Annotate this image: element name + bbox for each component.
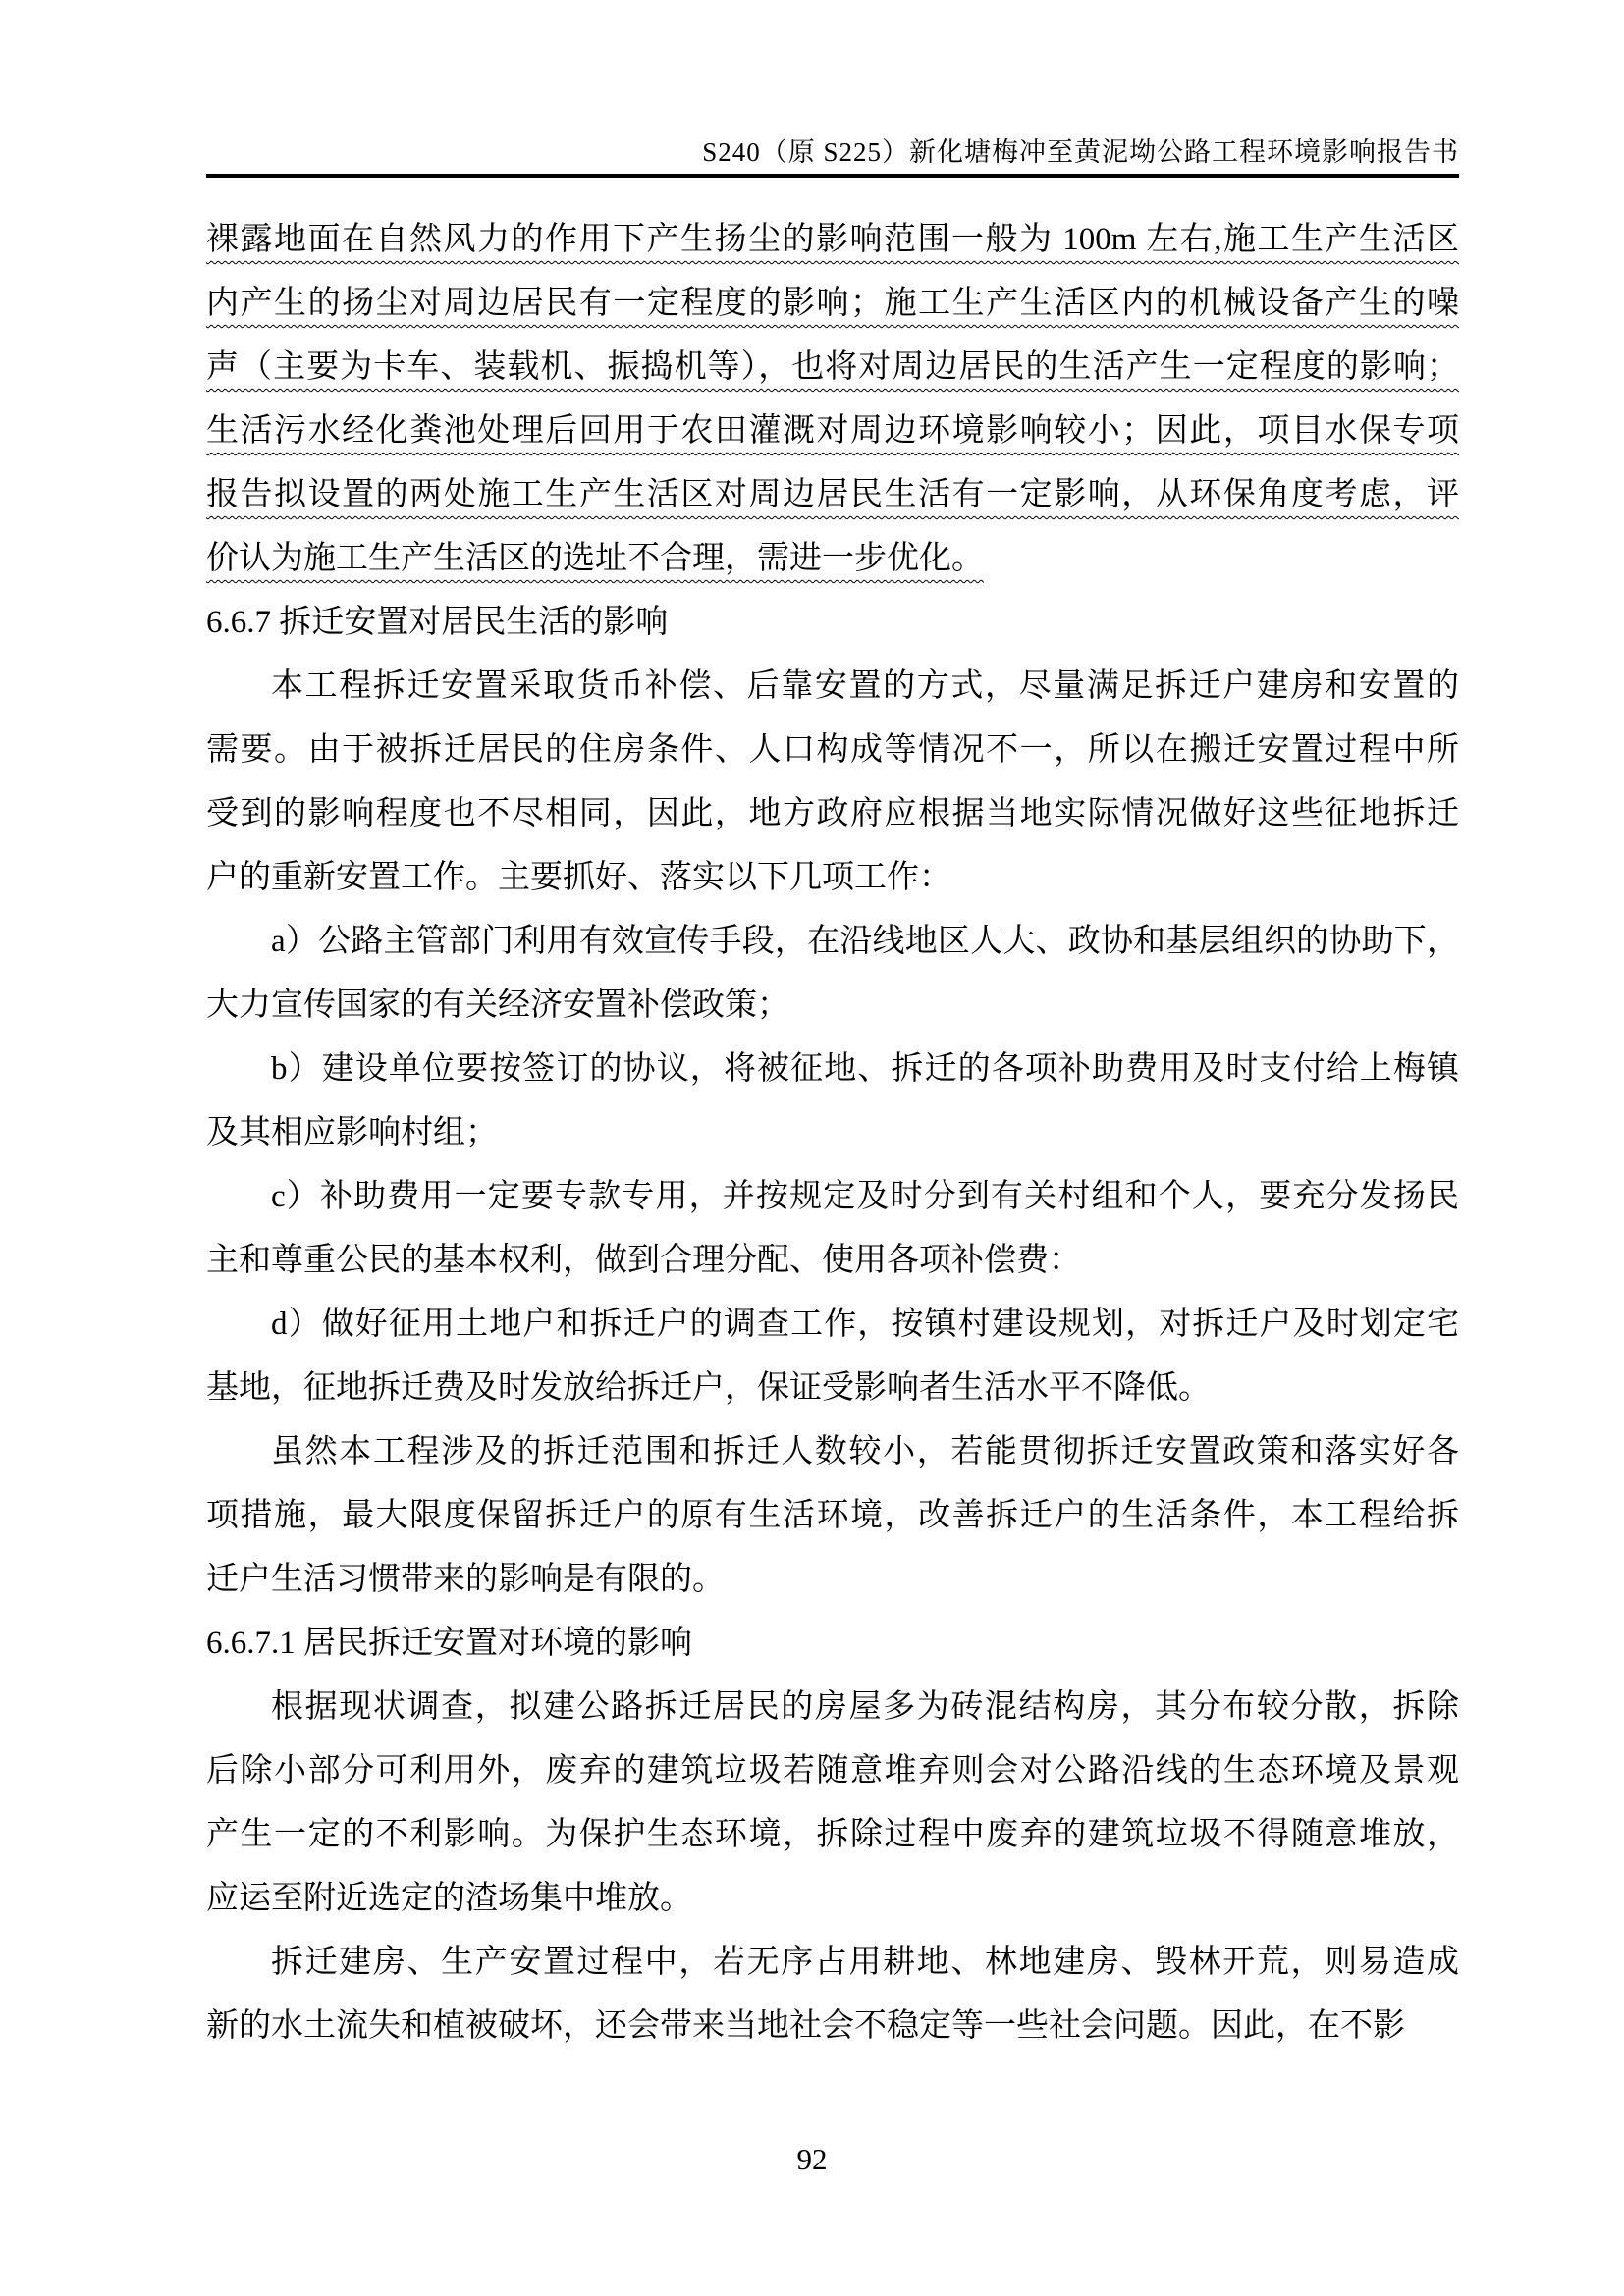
text-line: 根据现状调查，拟建公路拆迁居民的房屋多为砖混结构房，其分布较分散，拆除	[206, 1676, 1459, 1739]
text-line: 本工程拆迁安置采取货币补偿、后靠安置的方式，尽量满足拆迁户建房和安置的	[206, 655, 1459, 719]
text-line: 户的重新安置工作。主要抓好、落实以下几项工作：	[206, 846, 1459, 910]
page-footer: 92	[0, 2142, 1624, 2177]
text-line: 项措施，最大限度保留拆迁户的原有生活环境，改善拆迁户的生活条件，本工程给拆	[206, 1484, 1459, 1548]
text-line: 产生一定的不利影响。为保护生态环境，拆除过程中废弃的建筑垃圾不得随意堆放，	[206, 1803, 1459, 1867]
text-line: c）补助费用一定要专款专用，并按规定及时分到有关村组和个人，要充分发扬民	[206, 1165, 1459, 1229]
text-line: 价认为施工生产生活区的选址不合理，需进一步优化。	[206, 527, 1459, 591]
section-heading: 6.6.7.1 居民拆迁安置对环境的影响	[206, 1612, 1459, 1676]
document-body: 裸露地面在自然风力的作用下产生扬尘的影响范围一般为 100m 左右,施工生产生活…	[206, 208, 1459, 2058]
section-heading: 6.6.7 拆迁安置对居民生活的影响	[206, 591, 1459, 655]
text-line: d）做好征用土地户和拆迁户的调查工作，按镇村建设规划，对拆迁户及时划定宅	[206, 1293, 1459, 1357]
text-line: a）公路主管部门利用有效宣传手段，在沿线地区人大、政协和基层组织的协助下，	[206, 910, 1459, 974]
text-line: 新的水土流失和植被破坏，还会带来当地社会不稳定等一些社会问题。因此，在不影	[206, 1995, 1459, 2058]
text-line: 受到的影响程度也不尽相同，因此，地方政府应根据当地实际情况做好这些征地拆迁	[206, 782, 1459, 846]
page-number: 92	[797, 2142, 828, 2176]
page-header: S240（原 S225）新化塘梅冲至黄泥坳公路工程环境影响报告书	[206, 135, 1459, 178]
text-line: 基地，征地拆迁费及时发放给拆迁户，保证受影响者生活水平不降低。	[206, 1357, 1459, 1420]
text-line: 主和尊重公民的基本权利，做到合理分配、使用各项补偿费：	[206, 1229, 1459, 1293]
text-line: 虽然本工程涉及的拆迁范围和拆迁人数较小，若能贯彻拆迁安置政策和落实好各	[206, 1420, 1459, 1484]
text-line: 及其相应影响村组；	[206, 1101, 1459, 1165]
document-page: S240（原 S225）新化塘梅冲至黄泥坳公路工程环境影响报告书 裸露地面在自然…	[0, 0, 1624, 2296]
text-line: 大力宣传国家的有关经济安置补偿政策；	[206, 974, 1459, 1038]
text-line: b）建设单位要按签订的协议，将被征地、拆迁的各项补助费用及时支付给上梅镇	[206, 1038, 1459, 1101]
text-line: 后除小部分可利用外，废弃的建筑垃圾若随意堆弃则会对公路沿线的生态环境及景观	[206, 1739, 1459, 1803]
text-line: 需要。由于被拆迁居民的住房条件、人口构成等情况不一，所以在搬迁安置过程中所	[206, 719, 1459, 782]
text-line: 裸露地面在自然风力的作用下产生扬尘的影响范围一般为 100m 左右,施工生产生活…	[206, 208, 1459, 272]
text-line: 声（主要为卡车、装载机、振捣机等），也将对周边居民的生活产生一定程度的影响；	[206, 336, 1459, 400]
text-line: 迁户生活习惯带来的影响是有限的。	[206, 1548, 1459, 1612]
text-line: 应运至附近选定的渣场集中堆放。	[206, 1867, 1459, 1931]
text-line: 内产生的扬尘对周边居民有一定程度的影响；施工生产生活区内的机械设备产生的噪	[206, 272, 1459, 336]
text-line: 报告拟设置的两处施工生产生活区对周边居民生活有一定影响，从环保角度考虑，评	[206, 463, 1459, 527]
header-title: S240（原 S225）新化塘梅冲至黄泥坳公路工程环境影响报告书	[702, 137, 1459, 167]
text-line: 生活污水经化粪池处理后回用于农田灌溉对周边环境影响较小；因此，项目水保专项	[206, 400, 1459, 463]
text-line: 拆迁建房、生产安置过程中，若无序占用耕地、林地建房、毁林开荒，则易造成	[206, 1931, 1459, 1995]
